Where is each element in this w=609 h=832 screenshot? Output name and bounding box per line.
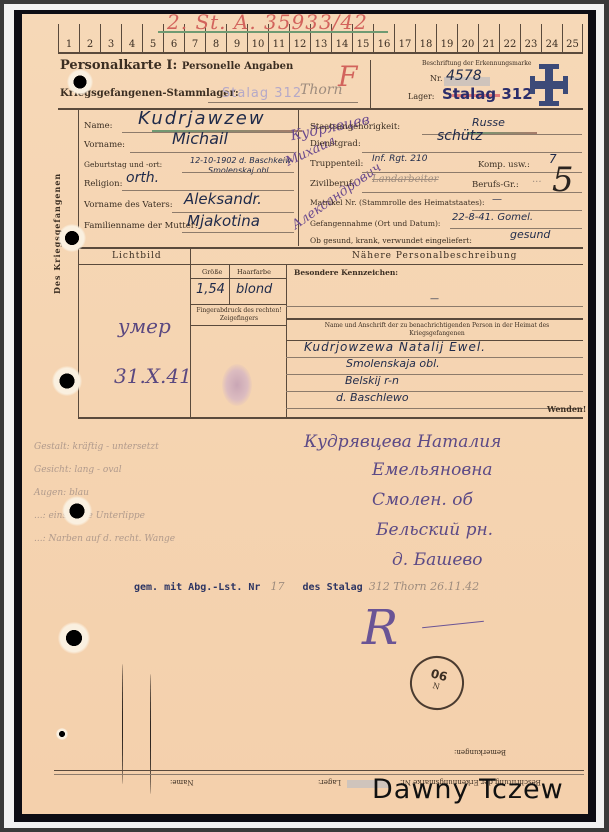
- religion-label: Religion:: [84, 179, 122, 189]
- geburt-value-2: Smolenskaj obl.: [208, 166, 271, 175]
- name-label: Name:: [84, 121, 112, 131]
- row-rule: [286, 374, 583, 375]
- footer-bemerkungen: Bemerkungen:: [454, 748, 506, 756]
- iron-cross-icon: [530, 64, 568, 106]
- pencil-note: ...: einseitige Unterlippe: [34, 505, 175, 528]
- gesund-label: Ob gesund, krank, verwundet eingeliefert…: [310, 236, 472, 245]
- gefangen-label: Gefangennahme (Ort und Datum):: [310, 219, 440, 228]
- column-number-cell: 22: [499, 24, 520, 52]
- fold-mark: [122, 664, 123, 784]
- row-rule: [182, 172, 294, 173]
- column-number-cell: 24: [541, 24, 562, 52]
- stammlager-hand: Thorn: [300, 82, 343, 98]
- groesse-label: Größe: [202, 268, 222, 276]
- finger-label: Fingerabdruck des rechten! Zeigefingers: [194, 307, 284, 323]
- cyrillic-address-line: Бельский рн.: [376, 520, 493, 540]
- fingerprint: [222, 364, 252, 406]
- mutter-value: Mjakotina: [187, 212, 260, 230]
- vorname-value: Michail: [172, 129, 228, 148]
- column-number-cell: 20: [457, 24, 478, 52]
- punch-hole: [56, 728, 68, 740]
- mutter-label: Familienname der Mutter:: [84, 221, 198, 231]
- nr-value: 4578: [446, 68, 482, 84]
- staats-label: Staatsangehörigkeit:: [310, 122, 400, 132]
- row-rule: [286, 306, 583, 307]
- truppenteil-label: Truppenteil:: [310, 159, 363, 169]
- wenden-label: Wenden!: [547, 404, 586, 414]
- footer-lager: Lager:: [318, 778, 341, 786]
- signature-stroke: [422, 621, 484, 628]
- cyrillic-address-line: Емельяновна: [372, 460, 493, 480]
- haarfarbe-value: blond: [236, 282, 272, 297]
- column-number-cell: 1: [58, 24, 79, 52]
- card-title: Personalkarte I: Personelle Angaben: [60, 58, 293, 73]
- vater-value: Aleksandr.: [184, 190, 262, 208]
- personalkarte-document: 1234567891011121314151617181920212223242…: [22, 14, 588, 814]
- row-rule: [362, 172, 582, 173]
- column-number-cell: 19: [436, 24, 457, 52]
- row-rule: [362, 192, 582, 193]
- geburt-label: Geburtstag und -ort:: [84, 160, 162, 169]
- contact-line-3: Belskij r-n: [345, 374, 399, 387]
- name-value: Kudrjawzew: [138, 108, 266, 129]
- religion-value: orth.: [126, 170, 159, 186]
- fold-mark: [150, 674, 151, 794]
- zivilberuf-value: Landarbeiter: [372, 174, 438, 185]
- contact-line-4: d. Baschlewo: [336, 391, 409, 404]
- title-rule: [58, 108, 583, 110]
- column-number-cell: 16: [373, 24, 394, 52]
- stammlager-line: [208, 102, 358, 103]
- row-rule: [182, 232, 294, 233]
- death-note: умер: [118, 314, 171, 338]
- gesund-value: gesund: [510, 228, 550, 241]
- kennzeichen-value: —: [430, 294, 439, 304]
- stammlager-stamp: Stalag 312: [222, 86, 302, 101]
- footer-name: Name:: [170, 778, 193, 786]
- description-header: Nähere Personalbeschreibung: [352, 251, 517, 261]
- column-number-cell: 17: [394, 24, 415, 52]
- pencil-note: ...: Narben auf d. recht. Wange: [34, 528, 175, 551]
- grid-rule: [190, 304, 286, 305]
- section-end-rule: [78, 417, 583, 419]
- grid-rule: [190, 325, 286, 326]
- contact-rule: [286, 318, 583, 320]
- berufs-value: ...: [532, 174, 542, 185]
- column-number-cell: 23: [520, 24, 541, 52]
- punch-hole: [58, 622, 90, 654]
- header-rule: [58, 52, 583, 54]
- row-rule: [130, 152, 294, 153]
- signature: R: [362, 600, 398, 656]
- berufs-label: Berufs-Gr.:: [472, 180, 519, 190]
- cyrillic-address-line: Смолен. об: [372, 490, 473, 510]
- lager-label: Lager:: [408, 92, 434, 101]
- green-underline: [158, 31, 388, 33]
- dienstgrad-value: schütz: [437, 128, 483, 144]
- tag-label: Beschriftung der Erkennungsmarke: [422, 60, 531, 67]
- dienstgrad-label: Dienstgrad:: [310, 139, 361, 149]
- vater-label: Vorname des Vaters:: [84, 200, 173, 210]
- cyrillic-address-line: Кудрявцева Наталия: [304, 432, 501, 452]
- lager-stamp: Stalag 312: [442, 85, 533, 103]
- cyrillic-address-line: д. Башево: [392, 550, 483, 570]
- matrikel-label: Matrikel Nr. (Stammrolle des Heimatstaat…: [310, 198, 485, 207]
- red-f-mark: F: [338, 60, 357, 93]
- watermark: Dawny Tczew: [372, 774, 564, 805]
- column-number-cell: 18: [415, 24, 436, 52]
- zivilberuf-label: Zivilberuf:: [310, 179, 355, 189]
- contact-label: Name und Anschrift der zu benachrichtige…: [312, 322, 562, 338]
- photo-label: Lichtbild: [112, 251, 162, 261]
- header-divider: [370, 60, 371, 108]
- komp-label: Komp. usw.:: [478, 160, 530, 170]
- death-date: 31.X.41: [114, 364, 192, 388]
- pencil-note: Gesicht: lang - oval: [34, 459, 175, 482]
- punch-hole: [62, 496, 92, 526]
- transfer-stamp: gem. mit Abg.-Lst. Nr 17 des Stalag 312 …: [134, 580, 479, 593]
- row-rule: [286, 391, 583, 392]
- grid-rule: [190, 278, 286, 279]
- geburt-value-1: 12-10-1902 d. Baschkeiw: [190, 156, 292, 165]
- vorname-label: Vorname:: [84, 140, 125, 150]
- kennzeichen-label: Besondere Kennzeichen:: [294, 268, 398, 277]
- groesse-value: 1,54: [196, 282, 225, 297]
- punch-hole: [58, 224, 86, 252]
- matrikel-value: —: [492, 194, 502, 205]
- pencil-notes: Gestalt: kräftig - untersetzt Gesicht: l…: [34, 436, 175, 551]
- nr-label: Nr.: [430, 74, 443, 83]
- round-stamp: 06 N: [404, 650, 470, 716]
- column-number-cell: 5: [142, 24, 163, 52]
- photo-divider: [190, 247, 191, 417]
- punch-hole: [67, 69, 93, 95]
- row-rule: [286, 408, 583, 409]
- truppenteil-value: Inf. Rgt. 210: [372, 154, 428, 164]
- gefangen-value: 22-8-41. Gomel.: [452, 212, 533, 223]
- photo-header-rule: [78, 264, 583, 265]
- pencil-note: Augen: blau: [34, 482, 175, 505]
- column-number-cell: 25: [562, 24, 583, 52]
- row-rule: [472, 210, 582, 211]
- punch-hole: [52, 366, 82, 396]
- column-number-cell: 3: [100, 24, 121, 52]
- haarfarbe-label: Haarfarbe: [237, 268, 271, 276]
- footer-rule: [54, 770, 584, 771]
- section-rule: [78, 247, 583, 249]
- column-number-cell: 4: [121, 24, 142, 52]
- pencil-note: Gestalt: kräftig - untersetzt: [34, 436, 175, 459]
- column-number-cell: 2: [79, 24, 100, 52]
- side-mark: 5: [552, 160, 574, 200]
- contact-line-1: Kudrjowzewa Natalij Ewel.: [304, 340, 486, 354]
- size-divider: [229, 264, 230, 304]
- column-number-cell: 21: [478, 24, 499, 52]
- contact-line-2: Smolenskaja obl.: [346, 357, 440, 370]
